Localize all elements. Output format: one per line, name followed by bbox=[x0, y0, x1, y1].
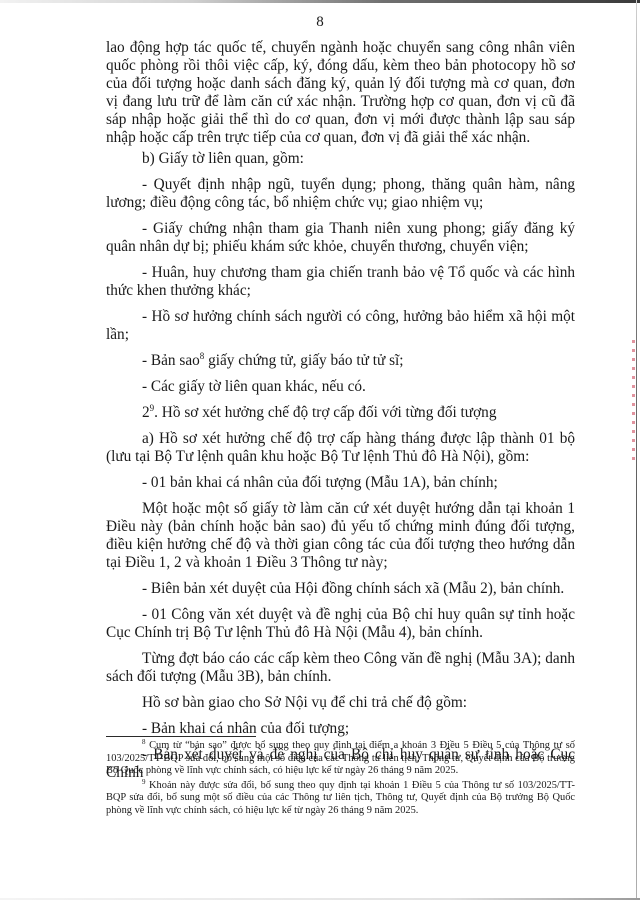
footnote-text: Cụm từ “bản sao” được bổ sung theo quy đ… bbox=[106, 740, 575, 776]
list-item-death-certificate: - Bản sao8 giấy chứng tử, giấy báo tử tử… bbox=[106, 352, 575, 370]
section-2-heading: 29. Hồ sơ xét hưởng chế độ trợ cấp đối v… bbox=[106, 404, 575, 422]
paragraph-section-b-heading: b) Giấy tờ liên quan, gồm: bbox=[106, 150, 575, 168]
footnote-9: 9 Khoản này được sửa đổi, bổ sung theo q… bbox=[106, 780, 575, 818]
list-item-personal-declaration: - 01 bản khai cá nhân của đối tượng (Mẫu… bbox=[106, 474, 575, 492]
list-item-medals: - Huân, huy chương tham gia chiến tranh … bbox=[106, 264, 575, 300]
paragraph-periodic-reports: Từng đợt báo cáo các cấp kèm theo Công v… bbox=[106, 650, 575, 686]
paragraph-handover-heading: Hồ sơ bàn giao cho Sở Nội vụ để chi trả … bbox=[106, 694, 575, 712]
list-item-other-papers: - Các giấy tờ liên quan khác, nếu có. bbox=[106, 378, 575, 396]
seal-stamp-mark bbox=[632, 340, 635, 460]
scan-top-edge bbox=[0, 0, 640, 3]
list-item-policy-records: - Hồ sơ hưởng chính sách người có công, … bbox=[106, 308, 575, 344]
footnote-separator bbox=[106, 736, 256, 737]
section-title: . Hồ sơ xét hưởng chế độ trợ cấp đối với… bbox=[154, 404, 496, 421]
list-item-enlistment-decision: - Quyết định nhập ngũ, tuyển dụng; phong… bbox=[106, 176, 575, 212]
footnotes: 8 Cụm từ “bản sao” được bổ sung theo quy… bbox=[106, 740, 575, 820]
list-item-official-letter: - 01 Công văn xét duyệt và đề nghị của B… bbox=[106, 606, 575, 642]
list-item-youth-volunteer-certificate: - Giấy chứng nhận tham gia Thanh niên xu… bbox=[106, 220, 575, 256]
footnote-8: 8 Cụm từ “bản sao” được bổ sung theo quy… bbox=[106, 740, 575, 778]
paragraph-confirmation: lao động hợp tác quốc tế, chuyển ngành h… bbox=[106, 39, 575, 147]
section-number: 2 bbox=[142, 404, 150, 421]
page-number: 8 bbox=[0, 14, 640, 31]
document-body: lao động hợp tác quốc tế, chuyển ngành h… bbox=[106, 39, 575, 790]
paragraph-supporting-documents: Một hoặc một số giấy tờ làm căn cứ xét d… bbox=[106, 500, 575, 572]
text-segment: giấy chứng tử, giấy báo tử tử sĩ; bbox=[204, 352, 403, 369]
list-item-review-minutes: - Biên bản xét duyệt của Hội đồng chính … bbox=[106, 580, 575, 598]
text-segment: - Bản sao bbox=[142, 352, 200, 369]
footnote-text: Khoản này được sửa đổi, bổ sung theo quy… bbox=[106, 780, 575, 816]
scan-right-edge bbox=[636, 0, 637, 900]
paragraph-section-a: a) Hồ sơ xét hưởng chế độ trợ cấp hàng t… bbox=[106, 430, 575, 466]
